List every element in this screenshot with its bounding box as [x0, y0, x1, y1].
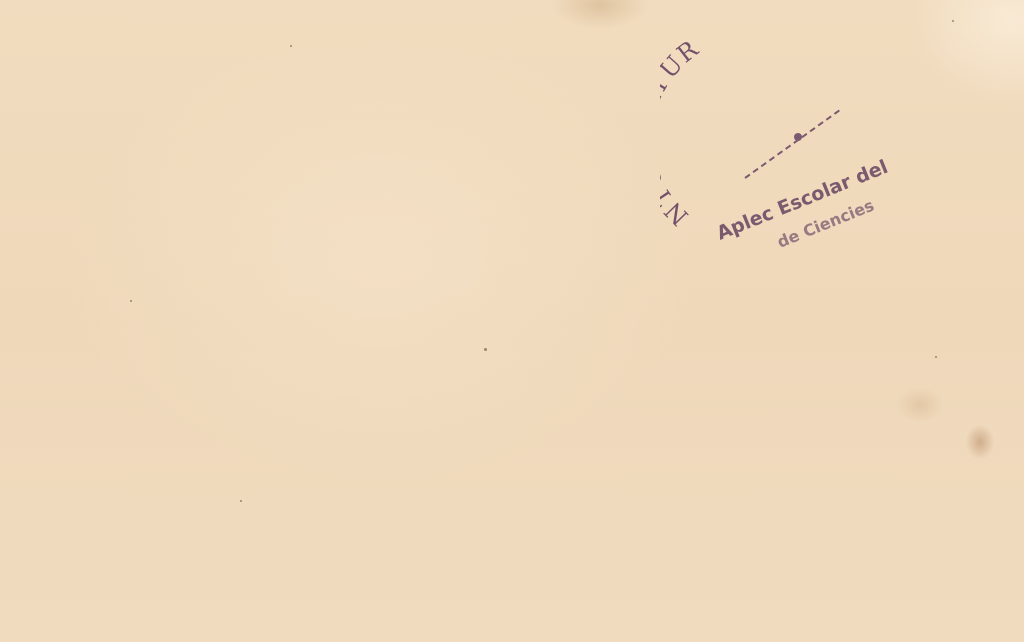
paper-speck — [240, 500, 242, 502]
paper-speck — [290, 45, 292, 47]
paper-speck — [484, 348, 487, 351]
ink-stamp: NTUT NATUR Aplec Escolar del de Ciencies — [660, 30, 920, 270]
stamp-arc-text: NTUT NATUR — [660, 34, 705, 231]
paper-card: NTUT NATUR Aplec Escolar del de Ciencies — [0, 0, 1024, 642]
paper-speck — [130, 300, 132, 302]
paper-speck — [935, 356, 937, 358]
stamp-divider — [745, 110, 840, 178]
paper-speck — [952, 20, 954, 22]
